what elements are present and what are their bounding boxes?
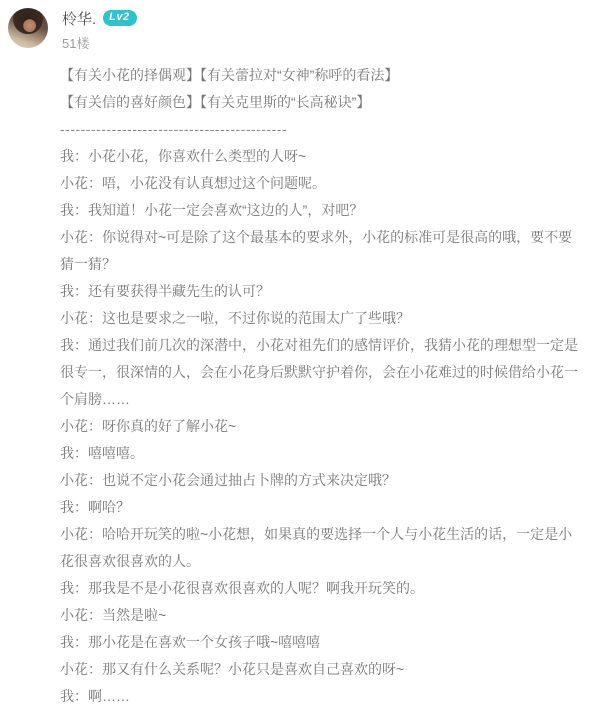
dialogue-line: 小花：那又有什么关系呢？小花只是喜欢自己喜欢的呀~ bbox=[60, 656, 581, 683]
dialogue-line: 小花：你说得对~可是除了这个最基本的要求外，小花的标准可是很高的哦，要不要猜一猜… bbox=[60, 224, 581, 278]
dialogue-line: 我：那我是不是小花很喜欢很喜欢的人呢？啊我开玩笑的。 bbox=[60, 575, 581, 602]
dialogue-line: 我：啊…… bbox=[60, 683, 581, 710]
post-header: 柃华. Lv2 51楼 bbox=[0, 0, 606, 52]
dialogue-line: 我：我知道！小花一定会喜欢“这边的人”，对吧？ bbox=[60, 197, 581, 224]
dialogue-line: 我：还有要获得半藏先生的认可？ bbox=[60, 278, 581, 305]
dialogue-line: 小花：哈哈开玩笑的啦~小花想，如果真的要选择一个人与小花生活的话，一定是小花很喜… bbox=[60, 521, 581, 575]
separator-line: ----------------------------------------… bbox=[60, 116, 581, 143]
topic-title-line: 【有关信的喜好颜色】【有关克里斯的“长高秘诀”】 bbox=[60, 89, 581, 116]
name-row: 柃华. Lv2 bbox=[62, 9, 137, 27]
forum-post: 柃华. Lv2 51楼 【有关小花的择偶观】【有关蕾拉对“女神”称呼的看法】 【… bbox=[0, 0, 606, 710]
dialogue-line: 小花：呀你真的好了解小花~ bbox=[60, 413, 581, 440]
user-info: 柃华. Lv2 51楼 bbox=[62, 8, 137, 52]
dialogue-line: 小花：这也是要求之一啦，不过你说的范围太广了些哦？ bbox=[60, 305, 581, 332]
level-badge: Lv2 bbox=[103, 10, 136, 26]
dialogue-line: 小花：唔，小花没有认真想过这个问题呢。 bbox=[60, 170, 581, 197]
dialogue-line: 我：嘻嘻嘻。 bbox=[60, 440, 581, 467]
user-avatar[interactable] bbox=[8, 8, 48, 48]
dialogue-line: 我：那小花是在喜欢一个女孩子哦~嘻嘻嘻 bbox=[60, 629, 581, 656]
dialogue-line: 我：通过我们前几次的深潜中，小花对祖先们的感情评价，我猜小花的理想型一定是很专一… bbox=[60, 332, 581, 413]
dialogue-line: 我：啊哈？ bbox=[60, 494, 581, 521]
dialogue-line: 小花：当然是啦~ bbox=[60, 602, 581, 629]
floor-number: 51楼 bbox=[62, 33, 137, 52]
post-content: 【有关小花的择偶观】【有关蕾拉对“女神”称呼的看法】 【有关信的喜好颜色】【有关… bbox=[60, 62, 581, 710]
dialogue-line: 小花：也说不定小花会通过抽占卜牌的方式来决定哦？ bbox=[60, 467, 581, 494]
topic-title-line: 【有关小花的择偶观】【有关蕾拉对“女神”称呼的看法】 bbox=[60, 62, 581, 89]
username[interactable]: 柃华. bbox=[62, 8, 96, 29]
dialogue-line: 我：小花小花，你喜欢什么类型的人呀~ bbox=[60, 143, 581, 170]
